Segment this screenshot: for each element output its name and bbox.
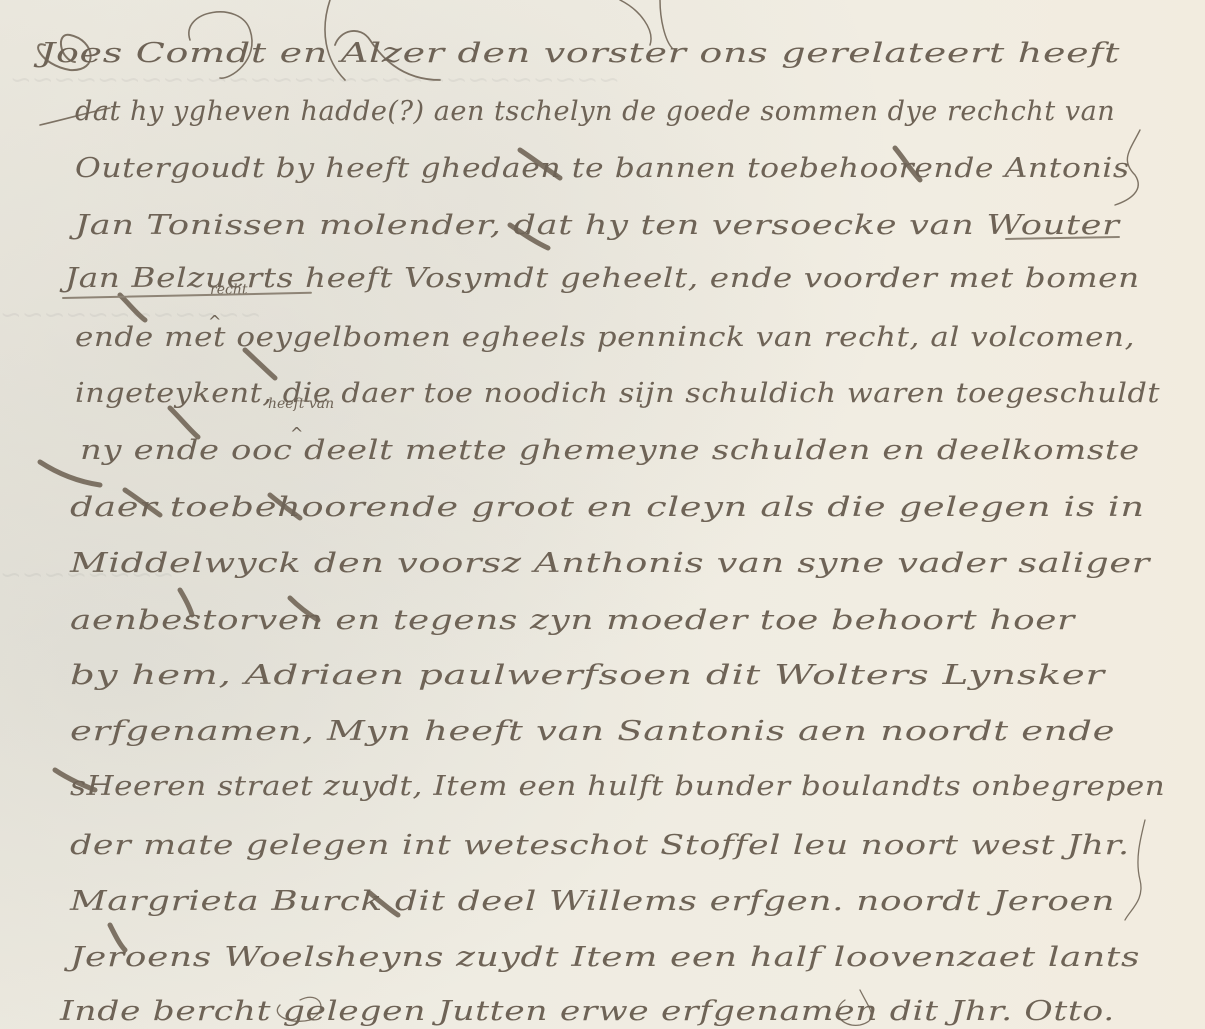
manuscript-line-3: Outergoudt by heeft ghedaen te bannen to… (75, 155, 981, 182)
manuscript-line-11: aenbestorven en tegens zyn moeder toe be… (70, 607, 828, 634)
manuscript-line-4: Jan Tonissen molender, dat hy ten versoe… (75, 212, 877, 239)
insertion-caret: ^ (290, 424, 303, 443)
manuscript-line-13: erfgenamen, Myn heeft van Santonis aen n… (70, 718, 833, 745)
manuscript-line-9: daer toebehoorende groot en cleyn als di… (70, 494, 860, 521)
manuscript-line-5: Jan Belzuerts heeft Vosymdt geheelt, end… (65, 265, 953, 292)
manuscript-line-18: Inde bercht gelegen Jutten erwe erfgenam… (60, 998, 884, 1025)
manuscript-page: ~~~~~~~~~~~~~~~~~~~~~~~~~~~~ ~~~~~~~~~~~… (0, 0, 1205, 1029)
manuscript-line-7: ingeteykent, die daer toe noodich sijn s… (75, 380, 1045, 407)
manuscript-line-1: Joes Comdt en Alzer den vorster ons gere… (40, 40, 807, 67)
manuscript-line-8: ny ende ooc deelt mette ghemeyne schulde… (80, 437, 925, 464)
manuscript-line-2: dat hy ygheven hadde(?) aen tschelyn de … (75, 98, 1111, 125)
manuscript-line-15: der mate gelegen int weteschot Stoffel l… (70, 832, 892, 859)
insertion-caret: ^ (208, 312, 221, 331)
manuscript-line-14: sHeeren straet zuydt, Item een hulft bun… (70, 773, 1024, 800)
interlinear-insertion: heeft van (268, 396, 334, 412)
manuscript-line-17: Jeroens Woelsheyns zuydt Item een half l… (70, 944, 875, 971)
manuscript-line-10: Middelwyck den voorsz Anthonis van syne … (70, 550, 865, 577)
manuscript-line-12: by hem, Adriaen paulwerfsoen dit Wolters… (70, 662, 789, 689)
manuscript-line-16: Margrieta Burck dit deel Willems erfgen.… (70, 888, 859, 915)
verso-bleed-through: ~~~~~~~~~~~~~~~~~~~~~~~~~~~~ (10, 65, 620, 95)
